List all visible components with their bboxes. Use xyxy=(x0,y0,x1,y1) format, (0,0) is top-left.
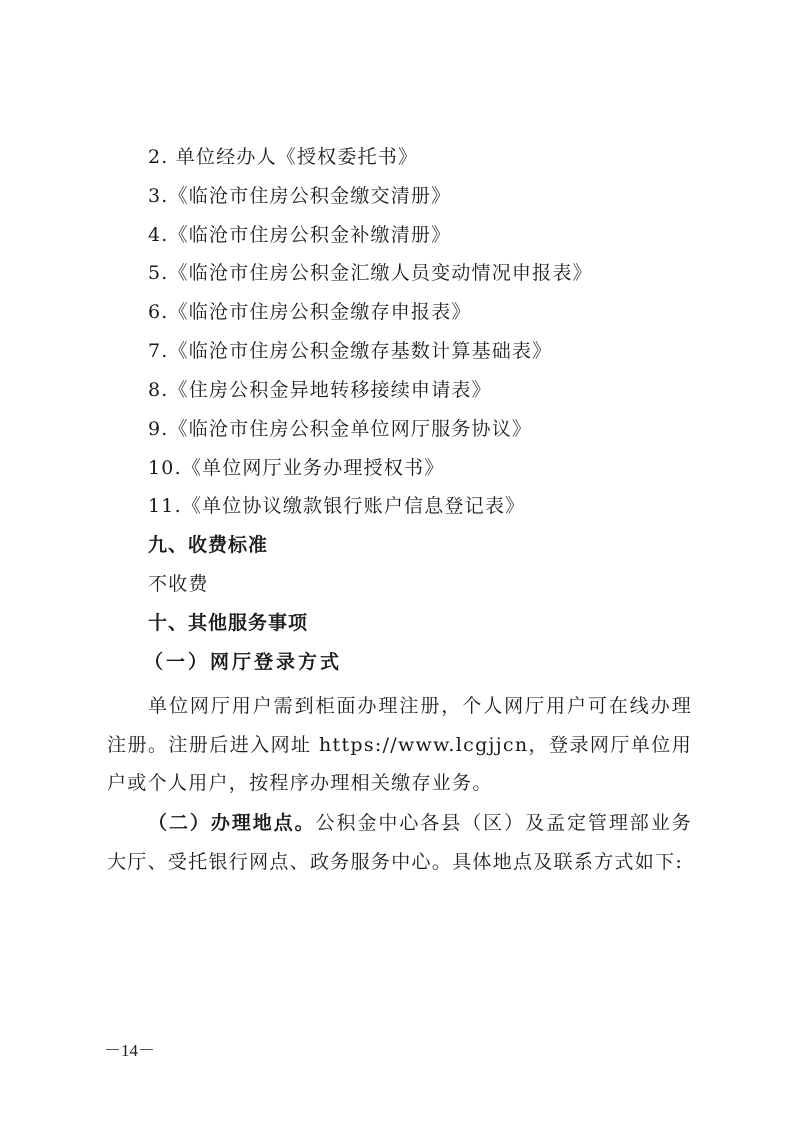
subsection-heading-location: （二）办理地点。 xyxy=(148,812,316,834)
list-item: 8.《住房公积金异地转移接续申请表》 xyxy=(148,377,492,403)
document-page: 2. 单位经办人《授权委托书》 3.《临沧市住房公积金缴交清册》 4.《临沧市住… xyxy=(0,0,794,1123)
section-heading-fees: 九、收费标准 xyxy=(148,532,268,558)
list-item: 4.《临沧市住房公积金补缴清册》 xyxy=(148,222,451,248)
subsection-heading-login: （一）网厅登录方式 xyxy=(144,649,342,675)
section-heading-other-services: 十、其他服务事项 xyxy=(148,610,308,636)
list-item: 10.《单位网厅业务办理授权书》 xyxy=(148,455,444,481)
login-paragraph: 单位网厅用户需到柜面办理注册，个人网厅用户可在线办理注册。注册后进入网址 htt… xyxy=(107,687,692,803)
list-item: 6.《临沧市住房公积金缴存申报表》 xyxy=(148,299,472,325)
list-item: 3.《临沧市住房公积金缴交清册》 xyxy=(148,183,451,209)
list-item: 2. 单位经办人《授权委托书》 xyxy=(148,144,418,170)
list-item: 11.《单位协议缴款银行账户信息登记表》 xyxy=(148,493,525,519)
location-paragraph: （二）办理地点。公积金中心各县（区）及孟定管理部业务大厅、受托银行网点、政务服务… xyxy=(107,804,692,881)
page-number: －14－ xyxy=(104,1036,155,1061)
fees-text: 不收费 xyxy=(148,571,209,597)
list-item: 7.《临沧市住房公积金缴存基数计算基础表》 xyxy=(148,338,552,364)
list-item: 5.《临沧市住房公积金汇缴人员变动情况申报表》 xyxy=(148,260,593,286)
list-item: 9.《临沧市住房公积金单位网厅服务协议》 xyxy=(148,416,532,442)
